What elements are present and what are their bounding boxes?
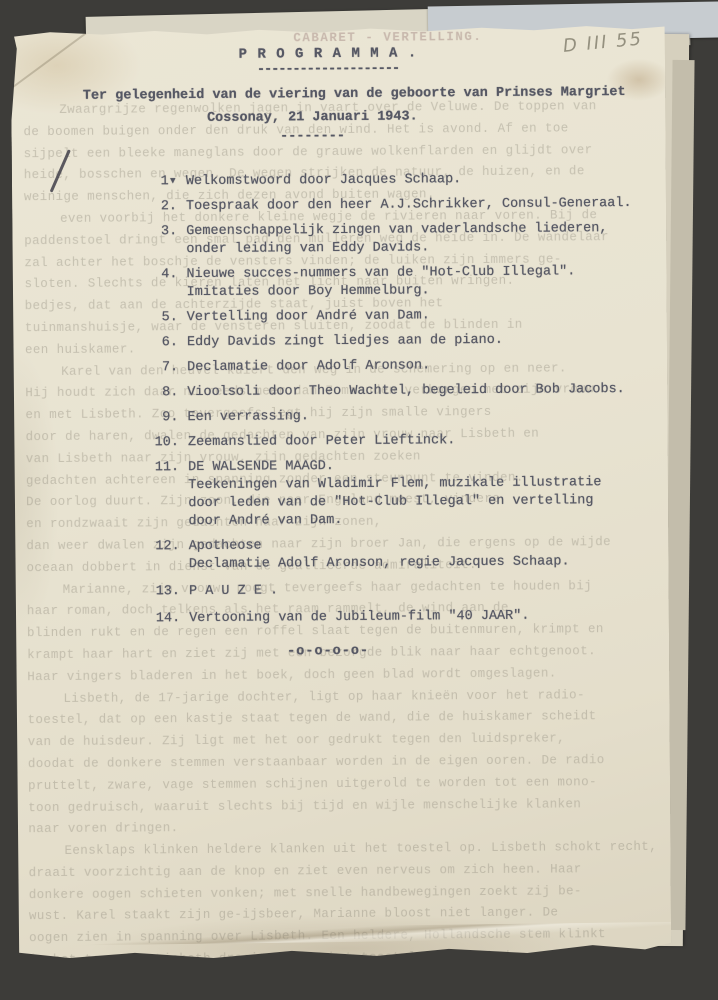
item-line: Vertooning van de Jubileum-film "40 JAAR… bbox=[189, 608, 529, 628]
item-line: Nieuwe succes-nummers van de "Hot-Club I… bbox=[186, 263, 575, 284]
paper-sheet: Zwaargrijze regenwolken jagen in vaart o… bbox=[11, 24, 671, 961]
program-item: 6.Eddy Davids zingt liedjes aan de piano… bbox=[154, 331, 647, 352]
end-separator: -o-o-o-o- bbox=[1, 642, 655, 662]
item-line: Zeemanslied door Peter Lieftinck. bbox=[188, 432, 455, 452]
item-lines: Gemeenschappelijk zingen van vaderlandsc… bbox=[186, 220, 608, 259]
item-line: Imitaties door Boy Hemmelburg. bbox=[187, 281, 576, 302]
program-item: 2.Toespraak door den heer A.J.Schrikker,… bbox=[153, 195, 646, 216]
item-line: Declamatie door Adolf Aronson. bbox=[187, 357, 430, 377]
item-number: 14. bbox=[156, 610, 180, 628]
program-item: 3.Gemeenschappelijk zingen van vaderland… bbox=[153, 220, 646, 259]
program-list: 1▾Welkomstwoord door Jacques Schaap.2.To… bbox=[153, 170, 649, 635]
item-lines: Vertelling door André van Dam. bbox=[187, 307, 430, 327]
item-line: Eddy Davids zingt liedjes aan de piano. bbox=[187, 332, 503, 352]
item-line: Toespraak door den heer A.J.Schrikker, C… bbox=[186, 195, 632, 216]
date-line: Cossonay, 21 Januari 1943. bbox=[0, 108, 639, 128]
item-line: Gemeenschappelijk zingen van vaderlandsc… bbox=[186, 220, 607, 241]
program-item: 7.Declamatie door Adolf Aronson. bbox=[154, 356, 647, 377]
subtitle-underline: -------- bbox=[0, 127, 640, 147]
item-number: 1▾ bbox=[153, 173, 177, 191]
item-number: 13. bbox=[156, 583, 180, 601]
program-item: 13.P A U Z E . bbox=[156, 580, 649, 601]
item-number: 2. bbox=[153, 198, 177, 216]
program-item: 4.Nieuwe succes-nummers van de "Hot-Club… bbox=[153, 263, 646, 302]
item-lines: Vioolsoli door Theo Wachtel, begeleid do… bbox=[187, 381, 625, 402]
item-line: Welkomstwoord door Jacques Schaap. bbox=[186, 171, 462, 191]
item-line: P A U Z E . bbox=[189, 582, 278, 601]
item-lines: Een verrassing. bbox=[187, 408, 309, 427]
program-item: 11.DE WALSENDE MAAGD.Teekeningen van Wla… bbox=[155, 456, 648, 531]
program-item: 8.Vioolsoli door Theo Wachtel, begeleid … bbox=[154, 381, 647, 402]
item-lines: Toespraak door den heer A.J.Schrikker, C… bbox=[186, 195, 632, 216]
item-lines: Eddy Davids zingt liedjes aan de piano. bbox=[187, 332, 503, 352]
scan-background: Zwaargrijze regenwolken jagen in vaart o… bbox=[0, 0, 718, 1000]
item-number: 7. bbox=[154, 359, 178, 377]
event-line: Ter gelegenheid van de viering van de ge… bbox=[27, 85, 681, 105]
title-underline: -------------------- bbox=[1, 60, 655, 80]
item-number: 11. bbox=[155, 459, 180, 531]
program-item: 10.Zeemanslied door Peter Lieftinck. bbox=[155, 431, 648, 452]
item-line: door André van Dam. bbox=[188, 510, 601, 531]
program-item: 14.Vertooning van de Jubileum-film "40 J… bbox=[156, 607, 649, 628]
item-lines: Nieuwe succes-nummers van de "Hot-Club I… bbox=[186, 263, 575, 302]
item-number: 8. bbox=[154, 384, 178, 402]
item-lines: Welkomstwoord door Jacques Schaap. bbox=[186, 171, 462, 191]
item-number: 5. bbox=[154, 309, 178, 327]
program-item: 1▾Welkomstwoord door Jacques Schaap. bbox=[153, 170, 646, 191]
item-line: Declamatie Adolf Aronson, regie Jacques … bbox=[189, 553, 570, 574]
typed-content: P R O G R A M M A . --------------------… bbox=[11, 24, 671, 961]
item-number: 4. bbox=[153, 266, 177, 302]
item-number: 9. bbox=[154, 409, 178, 427]
item-lines: Zeemanslied door Peter Lieftinck. bbox=[188, 432, 455, 452]
item-line: Vertelling door André van Dam. bbox=[187, 307, 430, 327]
item-number: 10. bbox=[155, 434, 179, 452]
item-number: 6. bbox=[154, 334, 178, 352]
item-number: 3. bbox=[153, 223, 177, 259]
item-lines: P A U Z E . bbox=[189, 582, 278, 601]
item-lines: Declamatie door Adolf Aronson. bbox=[187, 357, 430, 377]
item-line: Een verrassing. bbox=[187, 408, 309, 427]
program-item: 9.Een verrassing. bbox=[154, 406, 647, 427]
item-lines: Vertooning van de Jubileum-film "40 JAAR… bbox=[189, 608, 529, 628]
program-item: 5.Vertelling door André van Dam. bbox=[154, 306, 647, 327]
program-item: 12.ApotheoseDeclamatie Adolf Aronson, re… bbox=[155, 535, 648, 574]
item-line: Vioolsoli door Theo Wachtel, begeleid do… bbox=[187, 381, 625, 402]
item-number: 12. bbox=[155, 538, 180, 574]
item-lines: DE WALSENDE MAAGD.Teekeningen van Wladim… bbox=[188, 456, 602, 531]
item-line: onder leiding van Eddy Davids. bbox=[186, 238, 607, 259]
item-line: door leden van de "Hot-Club Illegal" en … bbox=[188, 492, 601, 513]
item-lines: ApotheoseDeclamatie Adolf Aronson, regie… bbox=[189, 535, 570, 574]
